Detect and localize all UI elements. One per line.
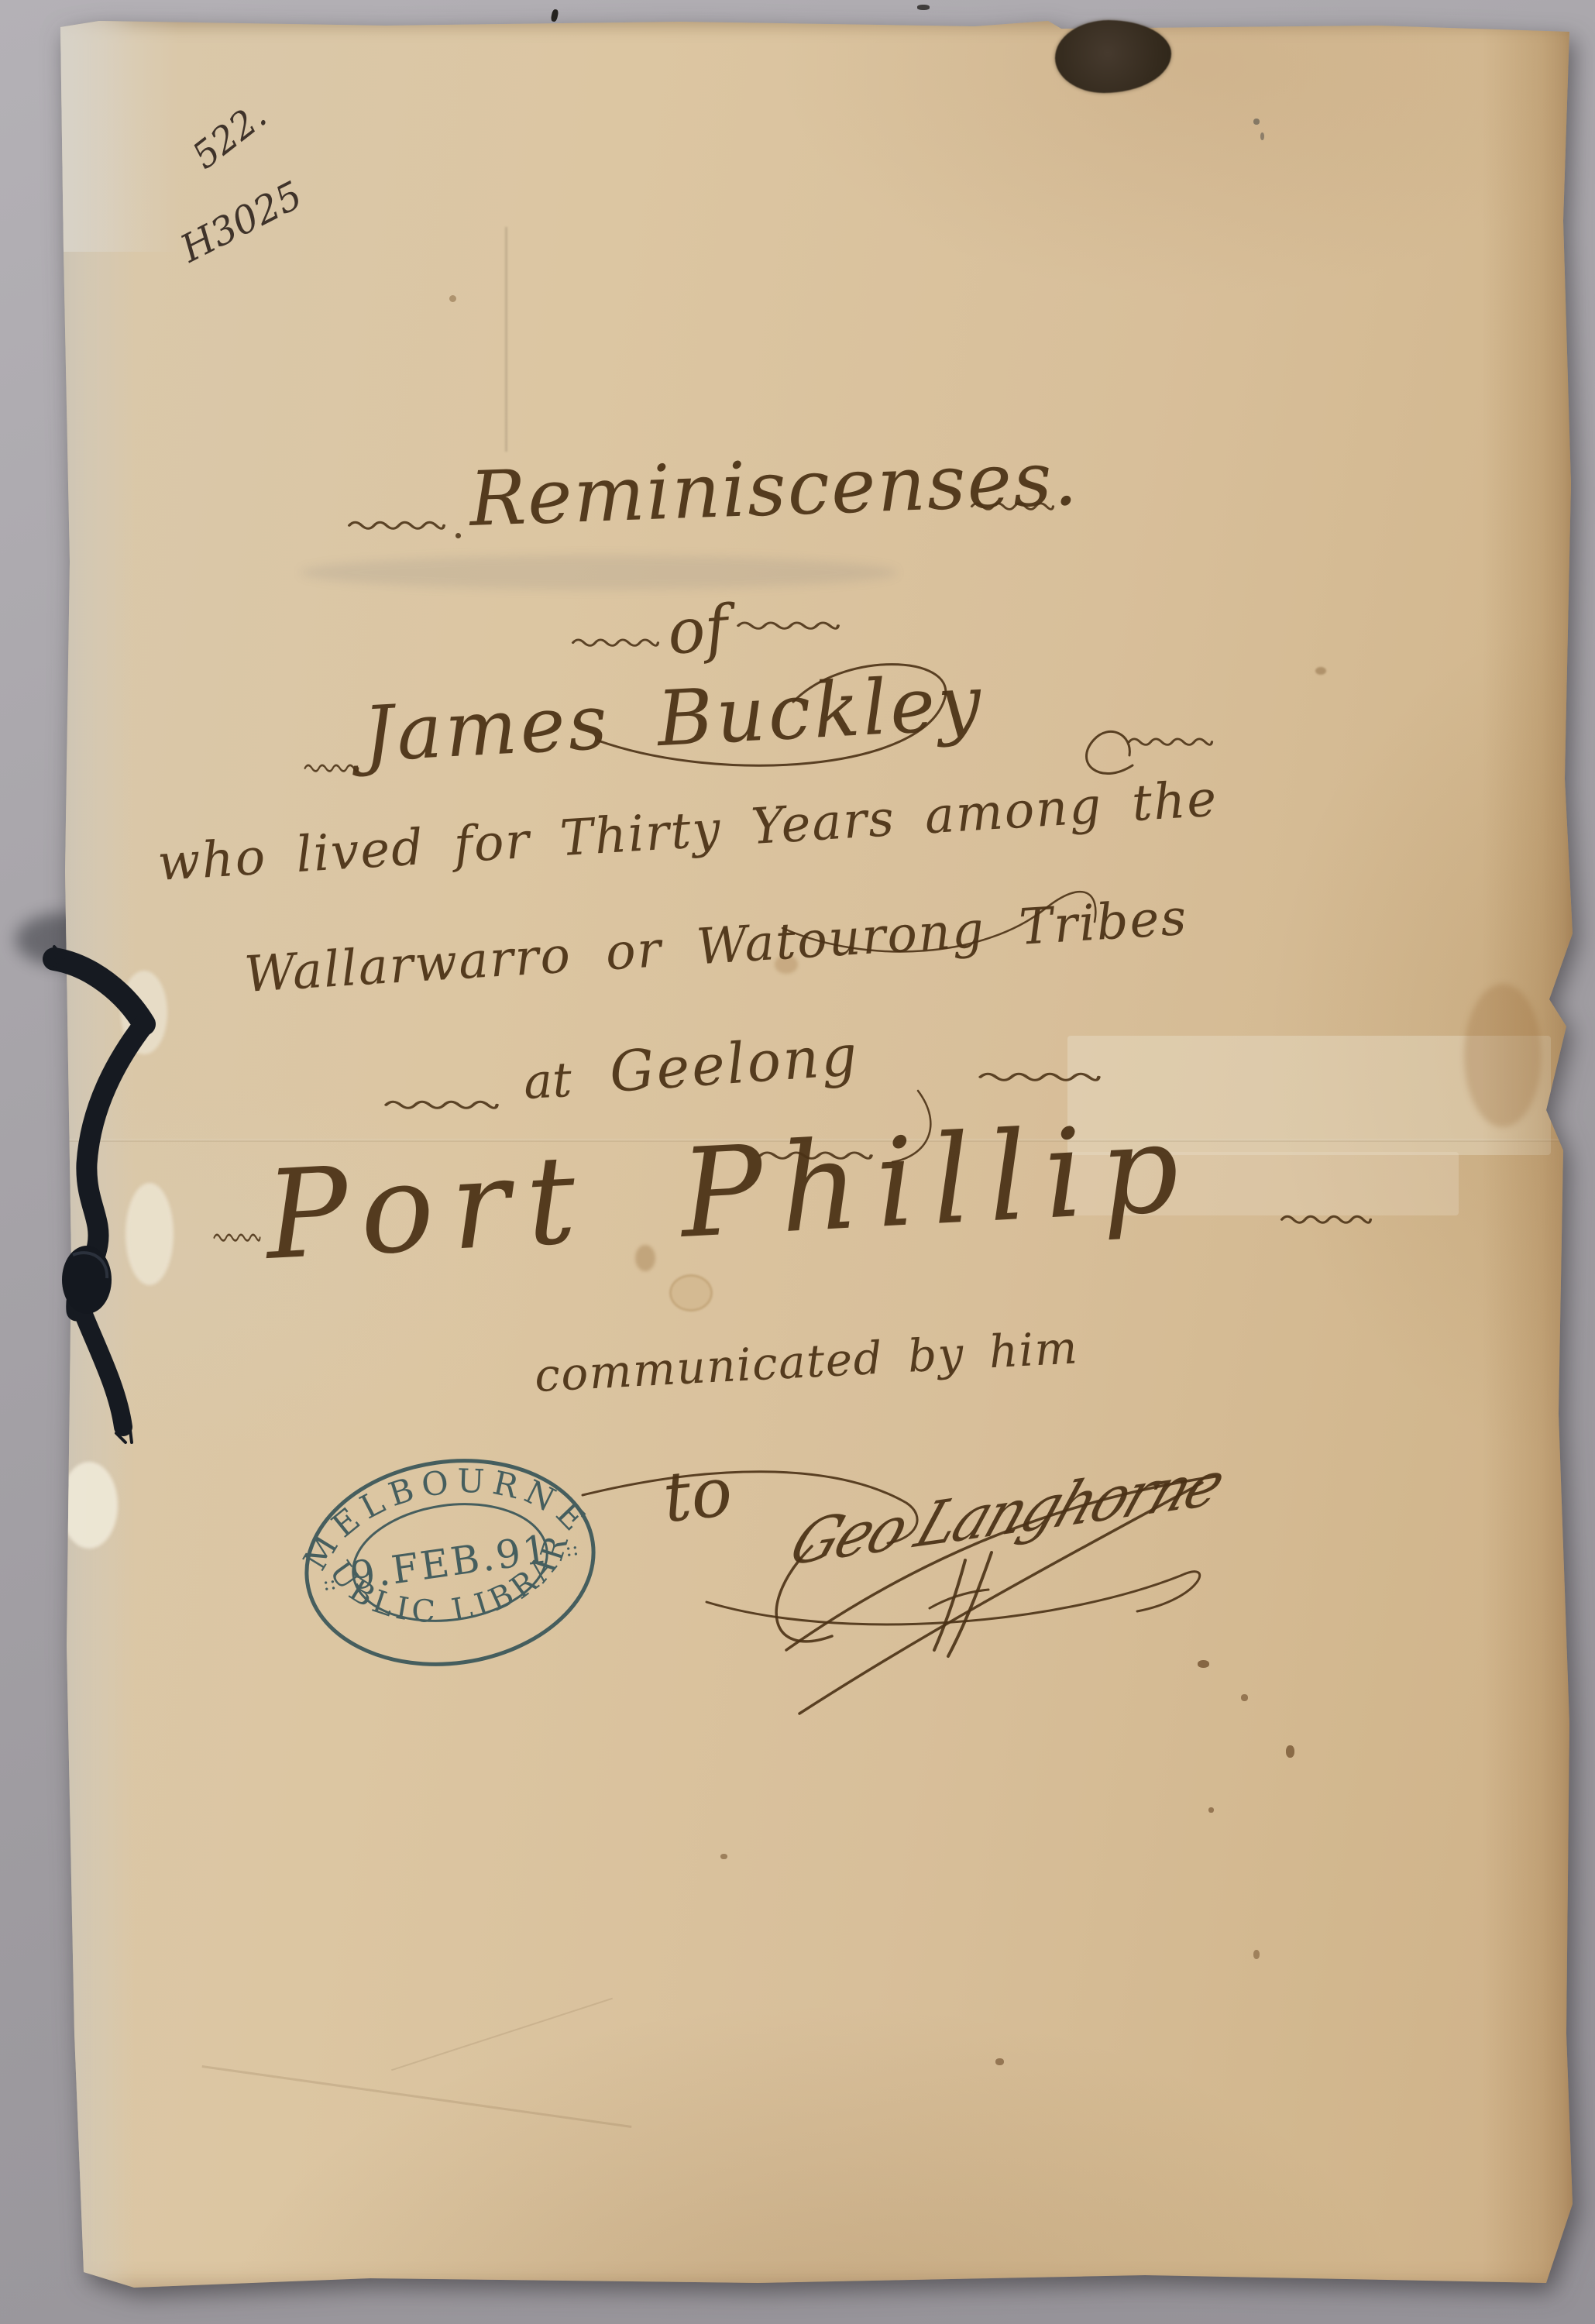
- small-stain: [449, 295, 456, 302]
- foxing-fleck: [1253, 1950, 1260, 1959]
- flourish-dot: [455, 533, 461, 538]
- flourish-squiggle: [1127, 734, 1214, 746]
- top-edge-mark: [917, 5, 930, 10]
- flourish-squiggle: [1280, 1212, 1373, 1224]
- scan-background: 522. H3025 Reminiscenses. of James Buckl…: [0, 0, 1595, 2324]
- dark-speck: [1260, 132, 1264, 140]
- foxing-fleck: [995, 2058, 1004, 2065]
- flourish-squiggle: [736, 618, 840, 630]
- ribbon-upper-tail: [54, 959, 144, 1024]
- dark-speck: [1253, 119, 1260, 125]
- flourish-squiggle: [571, 635, 660, 647]
- graphite-smudge: [301, 555, 897, 590]
- to-text: to: [659, 1451, 736, 1538]
- small-stain: [1315, 667, 1326, 675]
- flourish-squiggle: [213, 1230, 261, 1242]
- diagonal-crease: [202, 2065, 632, 2128]
- flourish-squiggle: [304, 761, 359, 772]
- foxing-fleck: [1241, 1694, 1248, 1701]
- ribbon-knot: [62, 1246, 112, 1314]
- worn-right-edge: [1482, 19, 1576, 2289]
- of-text: of: [665, 592, 731, 669]
- flourish-squiggle: [970, 499, 1055, 511]
- flourish-squiggle: [978, 1069, 1102, 1081]
- flourish-squiggle: [347, 517, 446, 530]
- foxing-fleck: [720, 1854, 727, 1859]
- diagonal-crease: [391, 1998, 613, 2071]
- vertical-crease: [505, 227, 507, 452]
- binding-ribbon: [0, 891, 201, 1511]
- foxing-fleck: [1198, 1660, 1209, 1668]
- torn-edge-shading: [1464, 984, 1542, 1127]
- foxing-fleck: [1286, 1745, 1294, 1758]
- ring-stain: [669, 1274, 713, 1312]
- library-stamp: MELBOURNE PUBLIC LIBRARY 9.FEB.91 :: ::: [285, 1435, 616, 1690]
- left-tape-strip-top: [60, 19, 178, 252]
- foxing-fleck: [1208, 1807, 1214, 1813]
- location-prefix: at: [522, 1051, 573, 1110]
- ribbon-lower-tail: [82, 1311, 123, 1427]
- flourish-squiggle: [383, 1097, 500, 1109]
- stamp-right-dots: ::: [563, 1537, 580, 1562]
